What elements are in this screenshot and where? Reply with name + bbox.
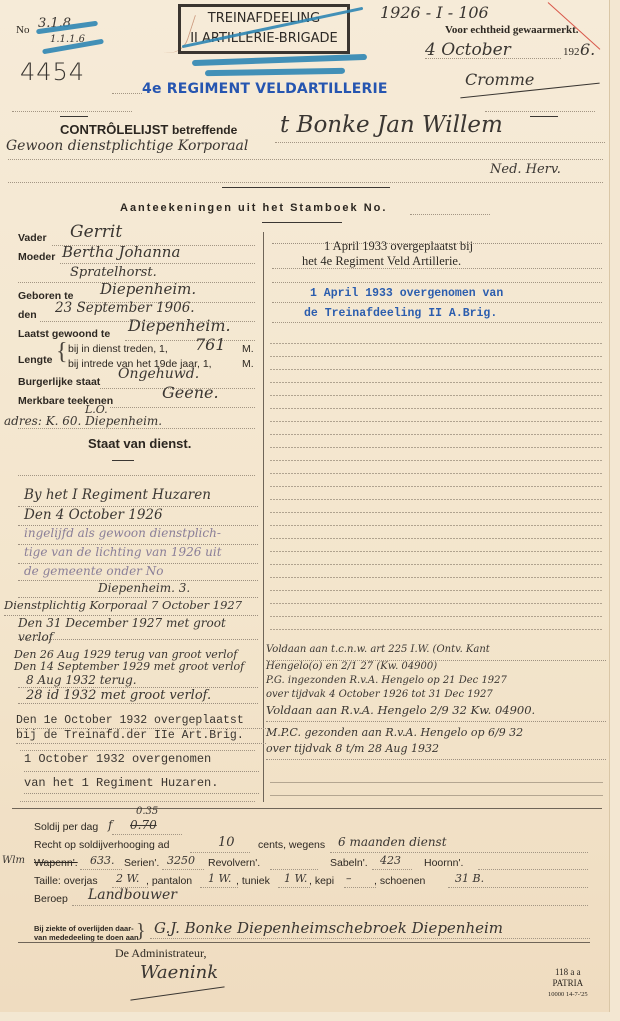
title-row: CONTRÔLELIJST betreffende bbox=[60, 122, 237, 137]
verhooging-label: Recht op soldijverhooging ad bbox=[34, 839, 169, 851]
administrateur-signature: Waenink bbox=[140, 962, 218, 983]
serie-value: 3250 bbox=[167, 854, 195, 867]
den-label: den bbox=[18, 309, 37, 321]
stamboek-label: Aanteekeningen uit het Stamboek No. bbox=[120, 202, 387, 214]
service-entry: Den 31 December 1927 met groot verlof bbox=[18, 616, 258, 640]
dotted-line bbox=[8, 159, 603, 160]
soldij-currency: f bbox=[108, 818, 112, 832]
payment-note: Hengelo(o) en 2/1 27 (Kw. 04900) bbox=[266, 661, 606, 675]
dotted-line bbox=[20, 750, 255, 751]
schoenen-label: , schoenen bbox=[374, 875, 425, 887]
unit-label: M. bbox=[242, 343, 254, 355]
form-code-line3: 10000 14-7-'25 bbox=[548, 989, 588, 1000]
dotted-line bbox=[410, 214, 490, 215]
vader-value: Gerrit bbox=[70, 222, 122, 242]
typed-entry: van het 1 Regiment Huzaren. bbox=[24, 772, 259, 794]
document-page: No 3.1.8 1.1.1.6 4454 TREINAFDEELING II … bbox=[0, 0, 610, 1012]
dotted-line bbox=[125, 340, 255, 341]
dotted-line bbox=[448, 887, 588, 888]
service-entry: tige van de lichting van 1926 uit bbox=[18, 545, 258, 564]
dotted-line bbox=[372, 869, 412, 870]
service-entry: Den 4 October 1926 bbox=[18, 507, 258, 526]
ruled-lines bbox=[270, 331, 603, 631]
dotted-line bbox=[18, 428, 255, 429]
service-entry: 8 Aug 1932 terug. bbox=[18, 673, 258, 688]
beroep-label: Beroep bbox=[34, 893, 68, 905]
dotted-line bbox=[270, 869, 318, 870]
vader-label: Vader bbox=[18, 232, 47, 244]
service-entry: Den 14 September 1929 met groot verlof bbox=[14, 660, 258, 673]
beroep-value: Landbouwer bbox=[88, 887, 177, 903]
dotted-line bbox=[162, 869, 204, 870]
form-code-line1: 118 a a bbox=[548, 967, 588, 978]
service-entry: By het I Regiment Huzaren bbox=[18, 487, 258, 507]
takeover-entry-line2: de Treinafdeeling II A.Brig. bbox=[304, 307, 497, 320]
burgerlijke-value: Ongehuwd. bbox=[118, 366, 199, 382]
service-entry: Dienstplichtig Korporaal 7 October 1927 bbox=[4, 598, 258, 616]
dotted-line bbox=[200, 887, 238, 888]
service-record-list: By het I Regiment Huzaren Den 4 October … bbox=[18, 487, 258, 704]
payment-note: Voldaan aan t.c.n.w. art 225 I.W. (Ontv.… bbox=[266, 644, 606, 661]
reference-number: 1926 - I - 106 bbox=[380, 3, 489, 22]
service-entry: de gemeente onder No bbox=[18, 564, 258, 581]
dotted-line bbox=[18, 475, 255, 476]
signature-underline bbox=[130, 986, 224, 1000]
kepi-label: , kepi bbox=[309, 875, 334, 887]
dotted-line bbox=[272, 302, 602, 303]
lengte-line1-label: bij in dienst treden, 1, bbox=[68, 343, 168, 355]
taille-label: Taille: overjas bbox=[34, 875, 98, 887]
dotted-line bbox=[278, 887, 310, 888]
certification-date: 4 October bbox=[425, 40, 511, 60]
takeover-entry-line1: 1 April 1933 overgenomen van bbox=[310, 287, 503, 300]
handwritten-payments: Voldaan aan t.c.n.w. art 225 I.W. (Ontv.… bbox=[266, 644, 606, 760]
pantalon-value: 1 W. bbox=[208, 872, 231, 885]
typed-takeover: 1 October 1932 overgenomen van het 1 Reg… bbox=[24, 752, 259, 794]
unit-label: M. bbox=[242, 358, 254, 370]
geboren-value: Diepenheim. bbox=[100, 280, 196, 298]
record-number: 4454 bbox=[20, 58, 85, 86]
service-entry: ingelijfd als gewoon dienstplich- bbox=[18, 526, 258, 545]
revolver-label: Revolvern'. bbox=[208, 857, 260, 869]
dotted-line bbox=[330, 852, 588, 853]
hoorn-label: Hoornn'. bbox=[424, 857, 463, 869]
section-rule bbox=[12, 808, 602, 809]
soldij-old-value: 0.70 bbox=[130, 818, 157, 832]
blue-strikethrough bbox=[192, 54, 367, 66]
notify-value: G.J. Bonke Diepenheimschebroek Diepenhei… bbox=[154, 919, 503, 937]
brace-icon: { bbox=[56, 339, 68, 365]
administrateur-label: De Administrateur, bbox=[115, 946, 207, 961]
transfer-entry-line1: 1 April 1933 overgeplaatst bij bbox=[324, 239, 473, 254]
margin-note: Wlm bbox=[2, 855, 25, 866]
certification-label: Voor echtheid gewaarmerkt. bbox=[445, 24, 579, 36]
dash-mark bbox=[112, 460, 134, 461]
tuniek-label: , tuniek bbox=[236, 875, 270, 887]
ruled-lines bbox=[270, 770, 603, 806]
wegens-value: 6 maanden dienst bbox=[338, 835, 447, 849]
dotted-line bbox=[12, 111, 132, 112]
notify-label-line2: van mededeeling te doen aan bbox=[34, 933, 139, 942]
serie-label: Serien'. bbox=[124, 857, 159, 869]
wapen-value: 633. bbox=[90, 854, 115, 867]
moeder-label: Moeder bbox=[18, 251, 55, 263]
payment-note: P.G. ingezonden R.v.A. Hengelo op 21 Dec… bbox=[266, 675, 606, 689]
dash-mark bbox=[530, 116, 558, 117]
gewoond-value: Diepenheim. bbox=[128, 316, 231, 335]
dotted-line bbox=[275, 142, 605, 143]
dotted-line bbox=[344, 887, 376, 888]
payment-note: over tijdvak 8 t/m 28 Aug 1932 bbox=[266, 742, 606, 760]
typed-transfer: Den 1e October 1932 overgeplaatst bij de… bbox=[16, 714, 266, 744]
number-label: No bbox=[16, 24, 29, 36]
brace-icon: } bbox=[136, 920, 146, 943]
certification-year-prefix: 192 bbox=[563, 46, 580, 58]
sabel-value: 423 bbox=[380, 854, 401, 867]
divider-rule bbox=[262, 222, 342, 223]
moeder-value: Bertha Johanna bbox=[62, 243, 180, 261]
overjas-value: 2 W. bbox=[116, 872, 139, 885]
merkbare-value: Geene. bbox=[162, 383, 219, 402]
dotted-line bbox=[150, 938, 590, 939]
payment-note: M.P.C. gezonden aan R.v.A. Hengelo op 6/… bbox=[266, 726, 606, 742]
transfer-entry-line2: het 4e Regiment Veld Artillerie. bbox=[302, 254, 461, 269]
staat-van-dienst-title: Staat van dienst. bbox=[88, 436, 191, 451]
payment-note: over tijdvak 4 October 1926 tot 31 Dec 1… bbox=[266, 689, 606, 703]
dotted-line bbox=[80, 869, 122, 870]
section-rule bbox=[18, 942, 590, 943]
dotted-line bbox=[72, 905, 588, 906]
soldij-label: Soldij per dag bbox=[34, 821, 98, 833]
title-label: CONTRÔLELIJST bbox=[60, 122, 168, 137]
dotted-line bbox=[478, 869, 588, 870]
certification-signature: Cromme bbox=[465, 70, 534, 89]
service-entry: Diepenheim. 3. bbox=[18, 581, 258, 598]
dotted-line bbox=[60, 263, 255, 264]
wapen-label: Wapenn'. bbox=[34, 857, 78, 869]
burgerlijke-label: Burgerlijke staat bbox=[18, 376, 100, 388]
dash-mark bbox=[60, 116, 88, 117]
dotted-line bbox=[272, 322, 602, 323]
soldij-new-value: 0.35 bbox=[136, 806, 158, 817]
dotted-line bbox=[272, 282, 602, 283]
schoenen-value: 31 B. bbox=[455, 872, 484, 885]
dotted-line bbox=[20, 801, 255, 802]
dotted-line bbox=[112, 834, 182, 835]
blue-strikethrough bbox=[205, 68, 345, 76]
notify-label: Bij ziekte of overlijden daar- van meded… bbox=[34, 924, 139, 942]
dotted-line bbox=[8, 182, 603, 183]
verhooging-value: 10 bbox=[218, 835, 235, 850]
pantalon-label: , pantalon bbox=[146, 875, 192, 887]
dotted-line bbox=[190, 852, 250, 853]
subject-religion: Ned. Herv. bbox=[490, 162, 561, 177]
typed-entry: bij de Treinafd.der IIe Art.Brig. bbox=[16, 729, 266, 744]
title-betreffende: betreffende bbox=[172, 123, 237, 137]
moeder-value-2: Spratelhorst. bbox=[70, 265, 157, 280]
dotted-line bbox=[112, 93, 142, 94]
form-code: 118 a a PATRIA 10000 14-7-'25 bbox=[548, 967, 588, 1000]
typed-entry: Den 1e October 1932 overgeplaatst bbox=[16, 714, 266, 729]
lengte-label: Lengte bbox=[18, 354, 52, 366]
adres-value: adres: K. 60. Diepenheim. bbox=[4, 414, 162, 428]
divider-rule bbox=[222, 187, 390, 188]
lengte-line1-value: 761 bbox=[195, 335, 226, 354]
payment-note: Voldaan aan R.v.A. Hengelo 2/9 32 Kw. 04… bbox=[266, 703, 606, 722]
service-entry: 28 id 1932 met groot verlof. bbox=[18, 688, 258, 704]
sabel-label: Sabeln'. bbox=[330, 857, 368, 869]
service-entry: Den 26 Aug 1929 terug van groot verlof bbox=[14, 648, 258, 660]
certification-year-suffix: 6. bbox=[580, 40, 595, 59]
cents-label: cents, wegens bbox=[258, 839, 325, 851]
kepi-value: – bbox=[346, 872, 352, 885]
form-code-line2: PATRIA bbox=[548, 978, 588, 989]
notify-label-line1: Bij ziekte of overlijden daar- bbox=[34, 924, 139, 933]
subject-name: t Bonke Jan Willem bbox=[280, 112, 503, 138]
tuniek-value: 1 W. bbox=[284, 872, 307, 885]
dotted-line bbox=[110, 407, 255, 408]
typed-entry: 1 October 1932 overgenomen bbox=[24, 752, 259, 772]
regiment-stamp: 4e REGIMENT VELDARTILLERIE bbox=[142, 81, 388, 97]
subject-rank: Gewoon dienstplichtige Korporaal bbox=[6, 138, 248, 154]
den-value: 23 September 1906. bbox=[55, 300, 195, 316]
